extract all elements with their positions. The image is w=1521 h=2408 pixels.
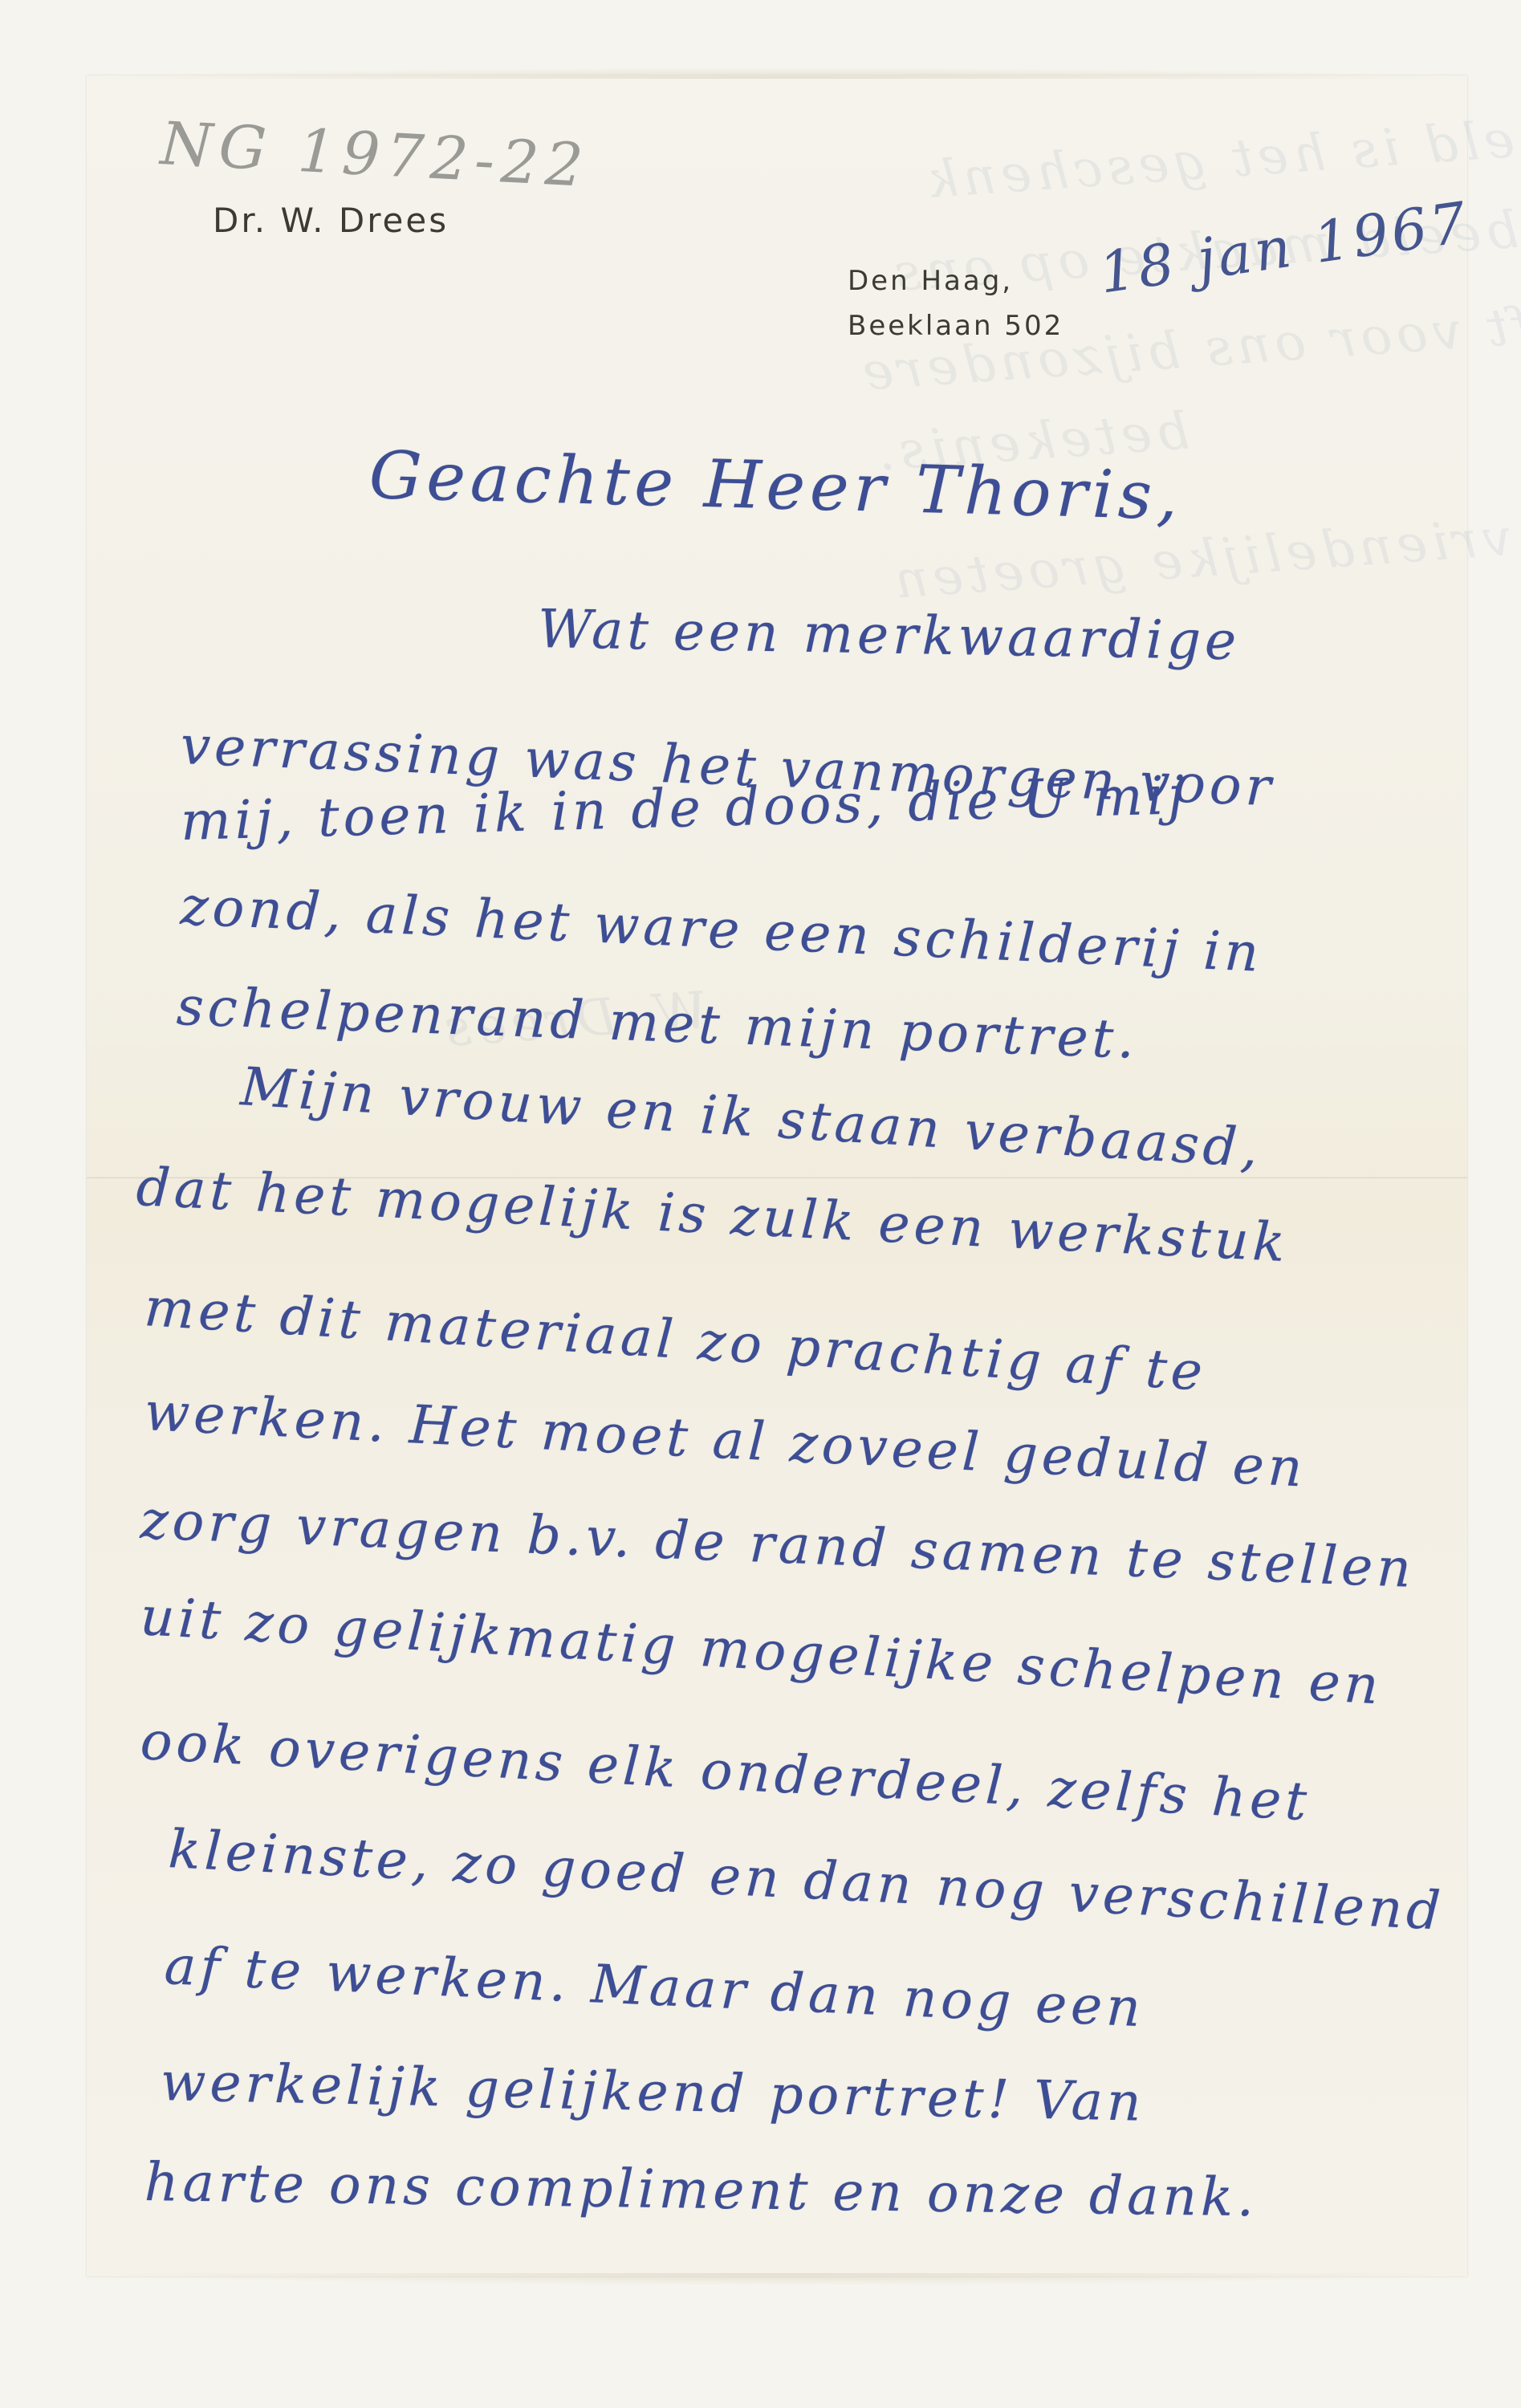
address-street: Beeklaan 502 xyxy=(848,303,1063,348)
letterhead-address: Den Haag, Beeklaan 502 xyxy=(848,258,1063,348)
body-line: Wat een merkwaardige xyxy=(537,598,1240,672)
address-city: Den Haag, xyxy=(848,258,1063,303)
letterhead-name: Dr. W. Drees xyxy=(213,201,449,240)
